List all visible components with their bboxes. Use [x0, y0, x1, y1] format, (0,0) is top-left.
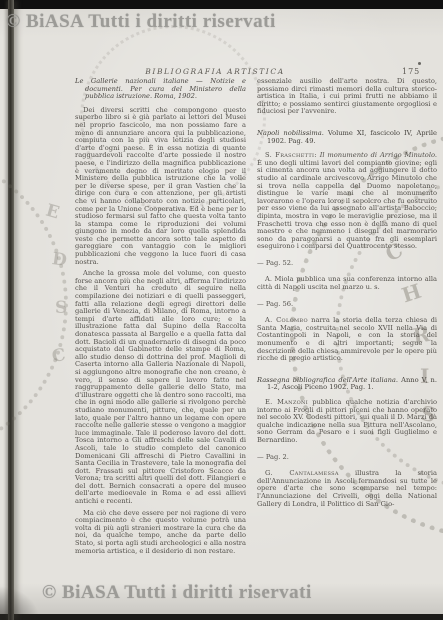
watermark-top: © BiASA Tutti i diritti riservati [6, 11, 276, 33]
stamp-letter: C [51, 345, 67, 367]
stamp-letter: E [43, 201, 61, 224]
paragraph-continuation: essenziale ausilio dell'arte nostra. Di … [257, 78, 437, 116]
entry-fraschetti: S. Fraschetti: Il monumento di Arrigo Mi… [257, 152, 437, 251]
page-ref-label: — Pag. 56. [257, 301, 437, 309]
entry-manzoni: E. Manzoni pubblica qualche notizia d'ar… [257, 399, 437, 445]
paragraph: Ma ciò che deve essere per noi ragione d… [75, 510, 246, 556]
entry-body: pubblica qualche notizia d'archivio into… [257, 398, 437, 444]
text-block: Le Gallerie nazionali italiane — Notizie… [75, 78, 437, 559]
journal-heading-napoli: Napoli nobilissima. Volume XI, fascicolo… [257, 130, 437, 145]
entry-colombo: A. Colombo narra la storia della terza c… [257, 317, 437, 363]
page-ref-label: — Pag. 2. [257, 454, 437, 462]
scan-speck [418, 62, 421, 65]
page-number: 175 [402, 67, 420, 76]
running-title: BIBLIOGRAFIA ARTISTICA [100, 67, 330, 76]
entry-title-gallerie: Le Gallerie nazionali italiane — Notizie… [75, 78, 246, 101]
entry-body: narra la storia della terza chiesa di Sa… [257, 316, 437, 362]
stamp-letter: D [51, 249, 68, 271]
stamp-letter: S [55, 298, 67, 318]
journal-heading-rassegna: Rassegna bibliografica dell'Arte italian… [257, 377, 437, 392]
entry-miola: A. Miola pubblica una sua conferenza int… [257, 276, 437, 291]
page-ref-label: — Pag. 52. [257, 260, 437, 268]
scanned-page: C H R I S E D S C © BiASA Tutti i diritt… [0, 0, 443, 620]
entry-cantalamessa: G. Cantalamessa illustra la storia dell'… [257, 470, 437, 508]
watermark-bottom: © BiASA Tutti i diritti riservati [42, 582, 312, 604]
right-column: essenziale ausilio dell'arte nostra. Di … [257, 78, 437, 559]
book-gutter-shadow [8, 0, 14, 620]
paragraph: Dei diversi scritti che compongono quest… [75, 107, 246, 266]
scan-bottom-edge [0, 614, 443, 620]
scan-top-edge [0, 0, 443, 9]
left-column: Le Gallerie nazionali italiane — Notizie… [75, 78, 246, 559]
entry-body: È uno degli ultimi lavori del compianto … [257, 159, 437, 251]
corner-shadow [0, 586, 40, 620]
paragraph: Anche la grossa mole del volume, con que… [75, 270, 246, 505]
